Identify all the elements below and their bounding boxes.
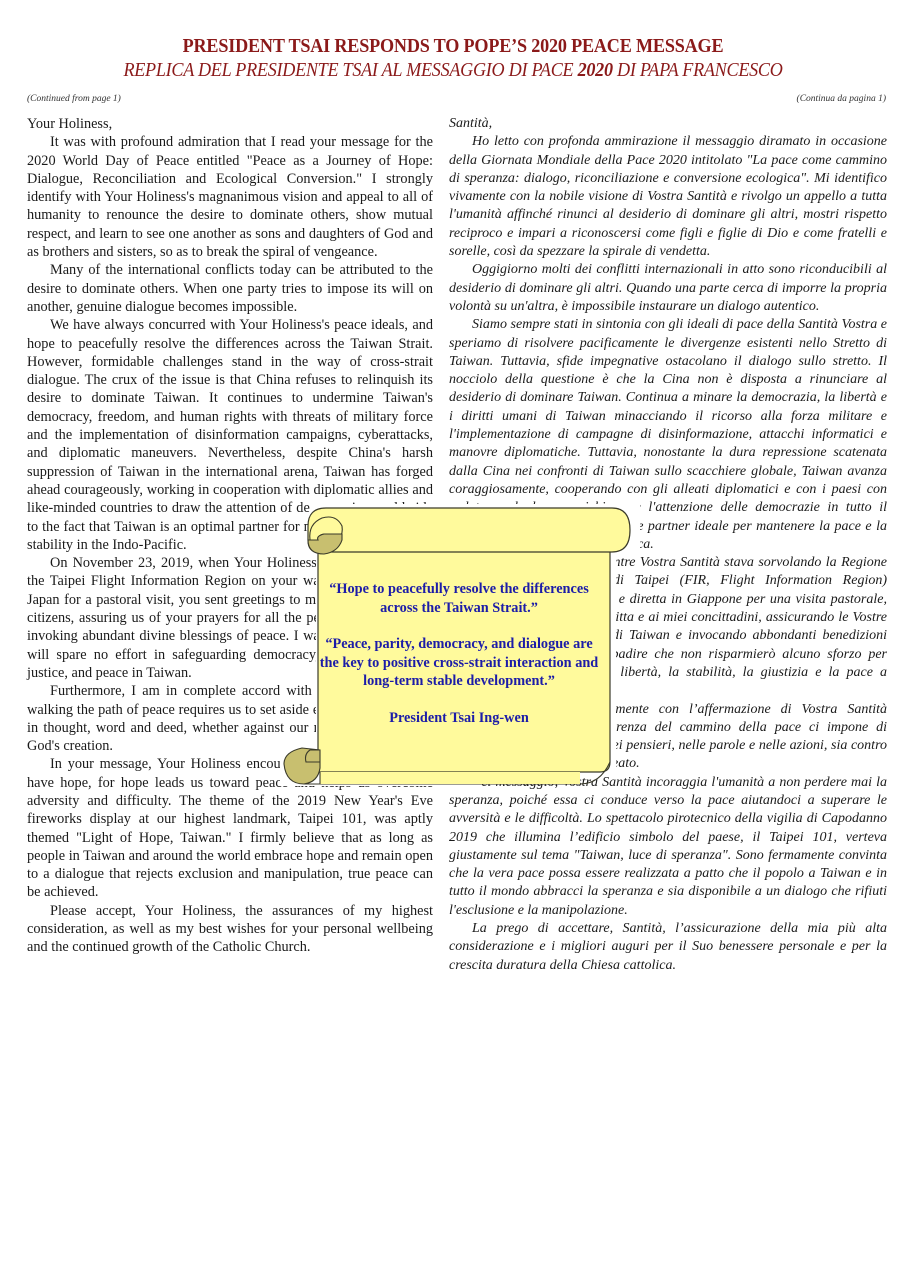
headline-italian-part1: REPLICA DEL PRESIDENTE TSAI AL MESSAGGIO… bbox=[123, 60, 577, 81]
headline-italian-part2: DI PAPA FRANCESCO bbox=[613, 60, 783, 81]
italian-paragraph: Oggigiorno molti dei conflitti internazi… bbox=[449, 261, 887, 316]
italian-paragraph: Ho letto con profonda ammirazione il mes… bbox=[449, 133, 887, 261]
english-paragraph: Many of the international conflicts toda… bbox=[27, 261, 433, 316]
italian-paragraph: La prego di accettare, Santità, l’assicu… bbox=[449, 920, 887, 975]
continued-note-italian: (Continua da pagina 1) bbox=[797, 94, 886, 104]
callout-quote-2: “Peace, parity, democracy, and dialogue … bbox=[318, 635, 600, 691]
callout-attribution: President Tsai Ing-wen bbox=[318, 709, 600, 728]
headline-english: PRESIDENT TSAI RESPONDS TO POPE’S 2020 P… bbox=[32, 36, 875, 58]
callout-quotes: “Hope to peacefully resolve the differen… bbox=[318, 580, 600, 745]
english-paragraph: It was with profound admiration that I r… bbox=[27, 133, 433, 261]
continued-note-english: (Continued from page 1) bbox=[27, 94, 121, 104]
italian-salutation: Santità, bbox=[449, 115, 887, 133]
callout-quote-1: “Hope to peacefully resolve the differen… bbox=[318, 580, 600, 617]
headline-italian: REPLICA DEL PRESIDENTE TSAI AL MESSAGGIO… bbox=[32, 60, 875, 82]
headline-italian-year: 2020 bbox=[578, 60, 613, 81]
italian-paragraph: Nel messaggio, Vostra Santità incoraggia… bbox=[449, 774, 887, 920]
english-paragraph: Please accept, Your Holiness, the assura… bbox=[27, 902, 433, 957]
english-salutation: Your Holiness, bbox=[27, 115, 433, 133]
